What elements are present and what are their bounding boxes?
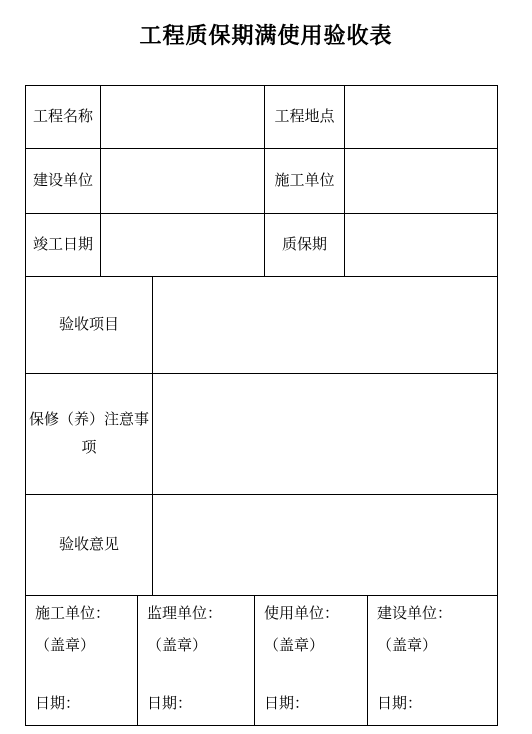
project-name-value xyxy=(101,86,265,149)
table-row: 工程名称 工程地点 xyxy=(26,86,498,149)
project-location-label: 工程地点 xyxy=(265,86,345,149)
signature-cell-user: 使用单位： （盖章） 日期： xyxy=(255,596,368,726)
table-row: 竣工日期 质保期 xyxy=(26,214,498,277)
contractor-date-label: 日期： xyxy=(35,693,131,715)
owner-unit-value xyxy=(101,149,265,214)
user-unit-seal-label: （盖章） xyxy=(264,635,361,657)
table-row: 施工单位： （盖章） 日期： 监理单位： （盖章） 日期： 使用单位： xyxy=(26,596,498,726)
signature-cell-contractor: 施工单位： （盖章） 日期： xyxy=(26,596,138,726)
supervisor-sign-label: 监理单位： xyxy=(147,603,248,625)
warranty-period-label: 质保期 xyxy=(265,214,345,277)
info-table: 工程名称 工程地点 建设单位 施工单位 竣工日期 质保期 xyxy=(25,85,498,277)
supervisor-seal-label: （盖章） xyxy=(147,635,248,657)
page-title: 工程质保期满使用验收表 xyxy=(0,22,532,50)
acceptance-opinion-value xyxy=(153,495,498,596)
maintenance-notes-label: 保修（养）注意事项 xyxy=(26,374,153,495)
warranty-period-value xyxy=(345,214,498,277)
table-row: 验收项目 xyxy=(26,277,498,374)
supervisor-date-label: 日期： xyxy=(147,693,248,715)
contractor-unit-label: 施工单位 xyxy=(265,149,345,214)
table-row: 验收意见 xyxy=(26,495,498,596)
completion-date-value xyxy=(101,214,265,277)
owner-date-label: 日期： xyxy=(377,693,491,715)
section-table: 验收项目 保修（养）注意事项 验收意见 xyxy=(25,276,498,596)
completion-date-label: 竣工日期 xyxy=(26,214,101,277)
maintenance-notes-value xyxy=(153,374,498,495)
contractor-sign-label: 施工单位： xyxy=(35,603,131,625)
acceptance-items-value xyxy=(153,277,498,374)
owner-seal-label: （盖章） xyxy=(377,635,491,657)
acceptance-opinion-label: 验收意见 xyxy=(26,495,153,596)
signature-cell-supervisor: 监理单位： （盖章） 日期： xyxy=(138,596,255,726)
table-row: 建设单位 施工单位 xyxy=(26,149,498,214)
acceptance-form: 工程名称 工程地点 建设单位 施工单位 竣工日期 质保期 xyxy=(25,85,497,726)
acceptance-items-label: 验收项目 xyxy=(26,277,153,374)
signature-cell-owner: 建设单位： （盖章） 日期： xyxy=(368,596,498,726)
table-row: 保修（养）注意事项 xyxy=(26,374,498,495)
project-location-value xyxy=(345,86,498,149)
contractor-seal-label: （盖章） xyxy=(35,635,131,657)
project-name-label: 工程名称 xyxy=(26,86,101,149)
owner-unit-label: 建设单位 xyxy=(26,149,101,214)
signature-table: 施工单位： （盖章） 日期： 监理单位： （盖章） 日期： 使用单位： xyxy=(25,595,498,726)
owner-sign-label: 建设单位： xyxy=(377,603,491,625)
user-unit-date-label: 日期： xyxy=(264,693,361,715)
contractor-unit-value xyxy=(345,149,498,214)
user-unit-sign-label: 使用单位： xyxy=(264,603,361,625)
